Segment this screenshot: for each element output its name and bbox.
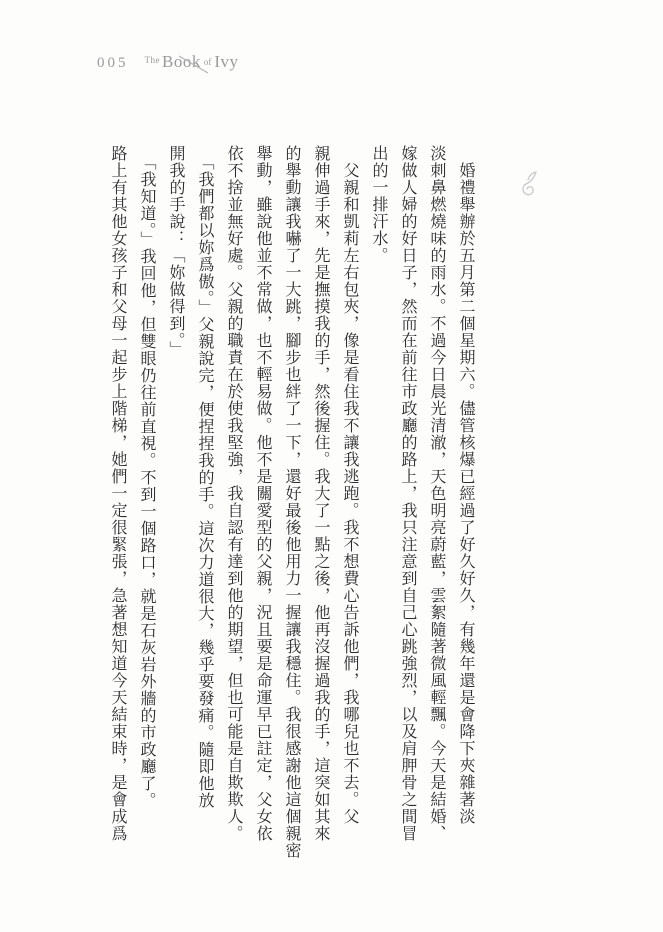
leaf-swirl-ornament-icon bbox=[519, 169, 543, 201]
text-column: 父親和凱莉左右包夾，像是看住我不讓我逃跑。我不想費心告訴他們，我哪兒也不去。父 bbox=[335, 145, 364, 867]
text-column: 的舉動讓我嚇了一大跳，腳步也絆了一下，還好最後他用力一握讓我穩住。我很感謝他這個… bbox=[277, 145, 306, 867]
text-column: 「我知道。」我回他，但雙眼仍往前直視。不到一個路口，就是石灰岩外牆的市政廳了。 bbox=[132, 145, 161, 867]
text-column: 嫁做人婦的好日子，然而在前往市政廳的路上，我只注意到自己心跳強烈，以及肩胛骨之間… bbox=[393, 145, 422, 867]
page-number: 005 bbox=[97, 55, 129, 72]
text-column: 「我們都以妳爲傲。」父親說完，便捏捏我的手。這次力道很大，幾乎要發痛。隨即他放 bbox=[190, 145, 219, 867]
book-title-the: The bbox=[145, 55, 161, 65]
text-column: 依不捨並無好處。父親的職責在於使我堅強，我自認有達到他的期望，但也可能是自欺欺人… bbox=[219, 145, 248, 867]
title-slash-icon bbox=[176, 53, 212, 77]
text-column: 親伸過手來，先是撫摸我的手，然後握住。我大了一點之後，他再沒握過我的手，這突如其… bbox=[306, 145, 335, 867]
text-column: 出的一排汗水。 bbox=[364, 145, 393, 867]
page-header: 005 TheBookofIvy bbox=[97, 52, 239, 72]
body-text: 婚禮舉辦於五月第二個星期六。儘管核爆已經過了好久好久，有幾年還是會降下夾雜著淡 … bbox=[103, 145, 480, 867]
text-column: 舉動，雖說他並不常做，也不輕易做。他不是關愛型的父親，況且要是命運早已註定，父女… bbox=[248, 145, 277, 867]
text-column: 路上有其他女孩子和父母一起步上階梯，她們一定很緊張，急著想知道今天結束時，是會成… bbox=[103, 145, 132, 867]
text-column: 淡刺鼻燃燒味的雨水。不過今日晨光清澈，天色明亮蔚藍，雲絮隨著微風輕飄。今天是結婚… bbox=[422, 145, 451, 867]
text-column: 婚禮舉辦於五月第二個星期六。儘管核爆已經過了好久好久，有幾年還是會降下夾雜著淡 bbox=[451, 145, 480, 867]
book-title-ivy: Ivy bbox=[214, 52, 238, 71]
book-page: 005 TheBookofIvy 婚禮舉辦於五月第二個星期六。儘管核爆已經過了好… bbox=[0, 0, 663, 932]
text-column: 開我的手說：「妳做得到。」 bbox=[161, 145, 190, 867]
